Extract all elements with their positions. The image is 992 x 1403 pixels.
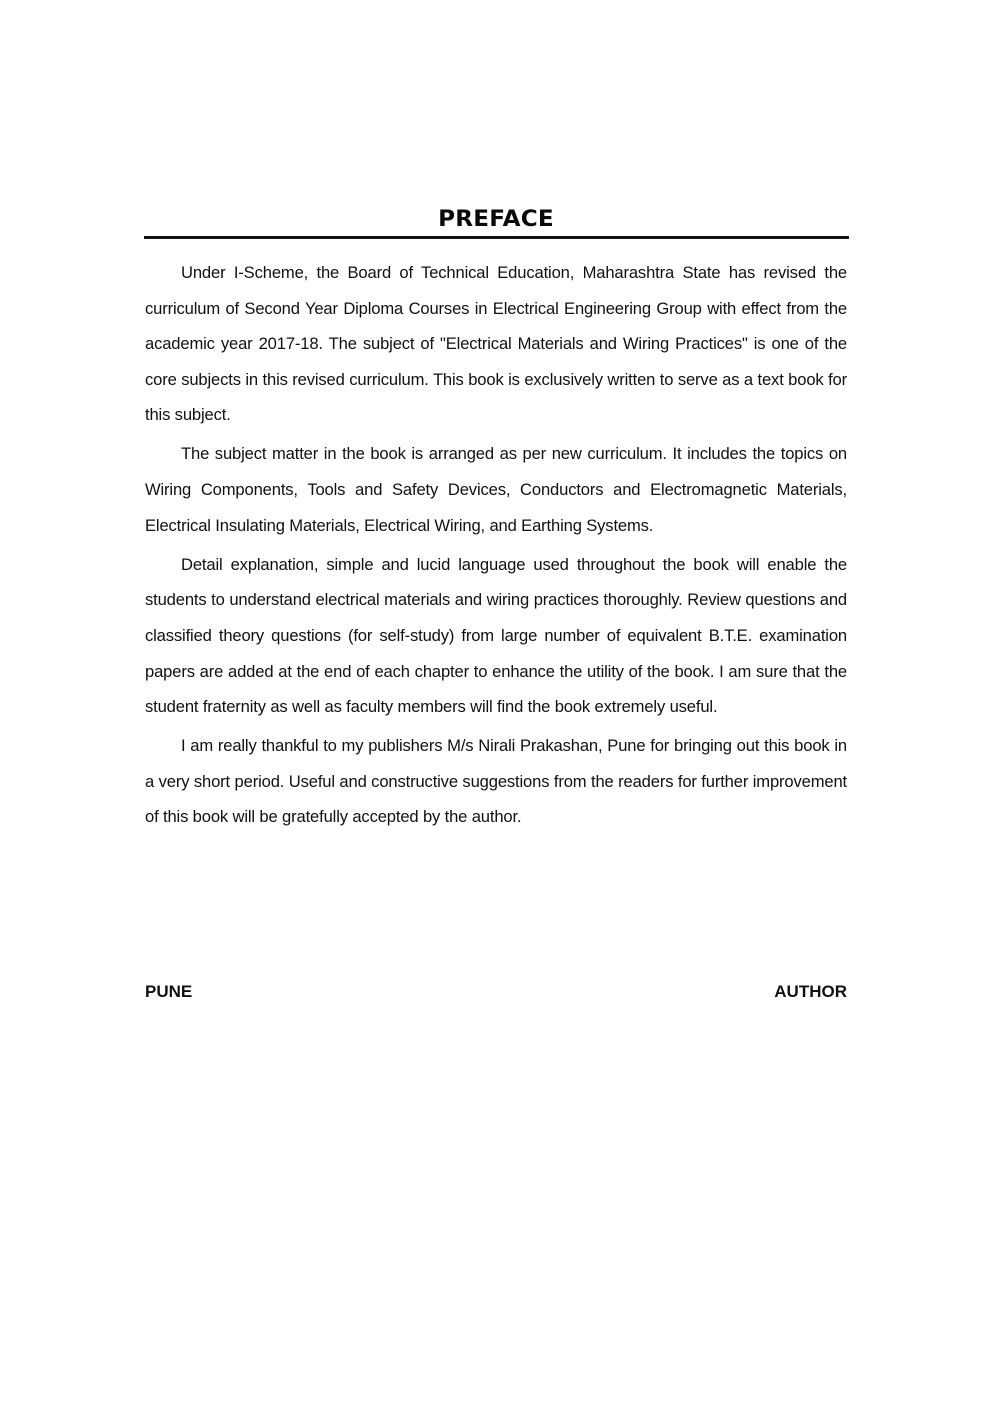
footer-place: PUNE [145, 980, 192, 1004]
preface-page: PREFACE Under I-Scheme, the Board of Tec… [145, 205, 847, 235]
preface-body: Under I-Scheme, the Board of Technical E… [145, 255, 847, 839]
footer-signature: AUTHOR [774, 980, 847, 1004]
paragraph-features: Detail explanation, simple and lucid lan… [145, 547, 847, 725]
paragraph-topics: The subject matter in the book is arrang… [145, 436, 847, 543]
title-underline-divider [144, 236, 849, 239]
signature-footer: PUNE AUTHOR [145, 980, 847, 1004]
paragraph-intro: Under I-Scheme, the Board of Technical E… [145, 255, 847, 433]
paragraph-acknowledgement: I am really thankful to my publishers M/… [145, 728, 847, 835]
page-title: PREFACE [127, 205, 864, 235]
